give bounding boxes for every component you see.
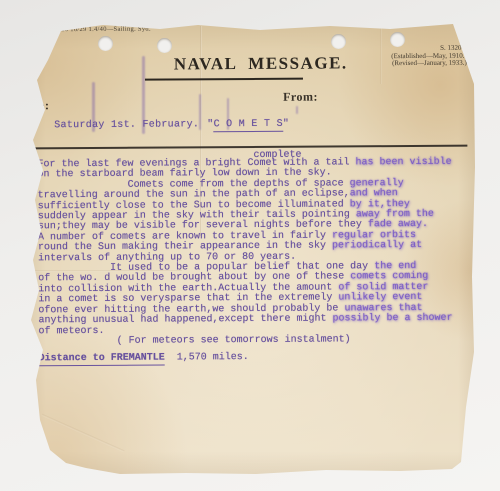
subject-word: C O M E T S xyxy=(214,119,283,132)
to-field-label: To: xyxy=(31,98,49,113)
subject-close-quote: " xyxy=(283,119,289,130)
distance-value: 1,570 miles. xyxy=(177,352,249,363)
distance-label: Distance to FREMANTLE xyxy=(39,353,165,367)
typed-body: For the last few evenings a bright Comet… xyxy=(37,158,452,348)
title-underline xyxy=(145,78,303,81)
smeared-text: periodically at xyxy=(332,240,422,252)
typed-line: ( For meteors see tomorrows instalment) xyxy=(39,335,453,348)
typed-distance-line: Distance to FREMANTLE1,570 miles. xyxy=(39,352,249,364)
from-field-label: From: xyxy=(283,90,318,105)
smeared-text: possibly be a shower xyxy=(332,313,452,325)
form-content: 2.500.910 10/29 1.4/40—Sailing. Syd. S. … xyxy=(27,21,478,476)
form-title: NAVAL MESSAGE. xyxy=(174,53,348,74)
header-separator-rule xyxy=(30,145,467,150)
printers-imprint: 2.500.910 10/29 1.4/40—Sailing. Syd. xyxy=(40,26,151,34)
typed-date: Saturday 1st. February. xyxy=(54,119,199,131)
scanned-document-photo: 2.500.910 10/29 1.4/40—Sailing. Syd. S. … xyxy=(0,0,500,491)
smeared-text: has been visible xyxy=(356,157,452,169)
typed-subject: "C O M E T S" xyxy=(207,119,289,131)
naval-message-form: 2.500.910 10/29 1.4/40—Sailing. Syd. S. … xyxy=(28,22,476,474)
